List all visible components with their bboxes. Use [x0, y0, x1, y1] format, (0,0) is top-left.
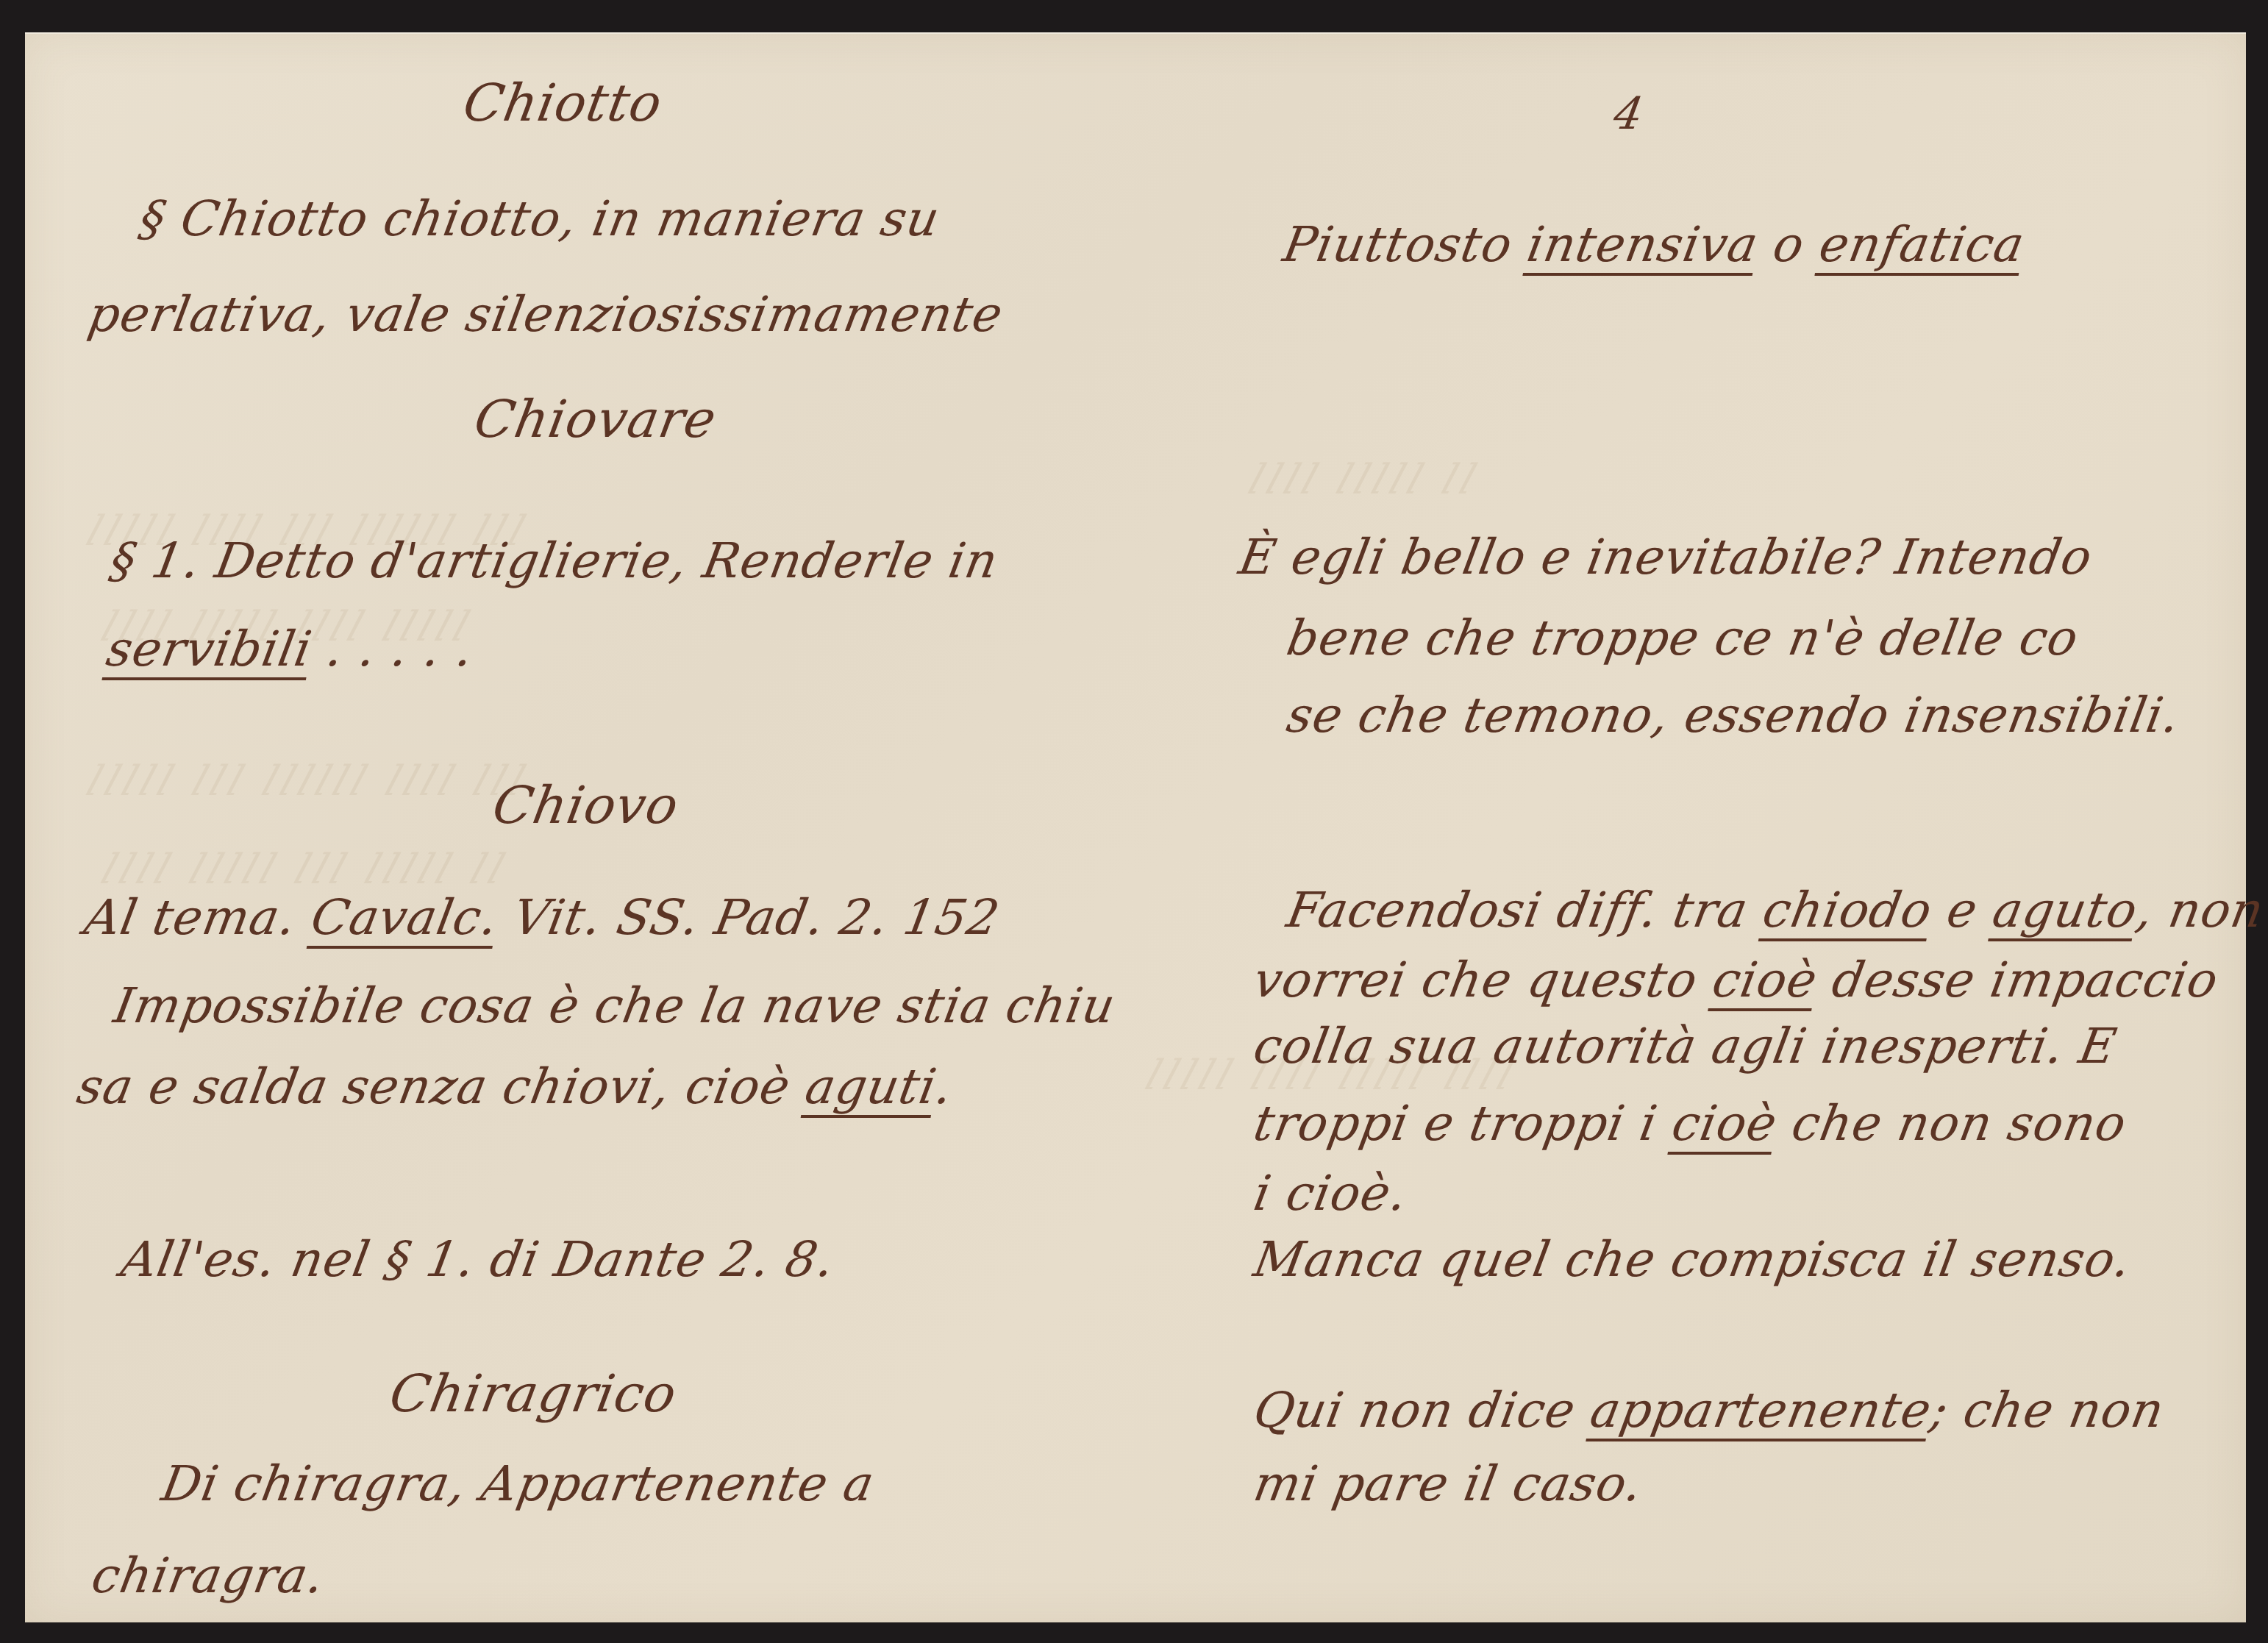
note-text-line: vorrei che questo cioè desse impaccio	[1250, 956, 2222, 1005]
entry-heading: Chiovo	[489, 780, 682, 831]
underlined-word: appartenente	[1586, 1382, 1936, 1439]
note-text-line: mi pare il caso.	[1250, 1460, 1646, 1508]
entry-text-line: perlativa, vale silenziosissimamente	[85, 291, 1007, 339]
entry-text-line: Al tema. Cavalc. Vit. SS. Pad. 2. 152	[81, 894, 1003, 942]
underlined-word: Cavalc.	[307, 889, 502, 946]
note-text-line: È egli bello e inevitabile? Intendo	[1235, 533, 2096, 582]
entry-text-line: § 1. Detto d'artiglierie, Renderle in	[107, 537, 1002, 585]
note-text-line: Facendosi diff. tra chiodo e aguto, non	[1283, 886, 2267, 935]
entry-text-line: chiragra.	[88, 1552, 328, 1600]
note-text-line: troppi e troppi i cioè che non sono	[1250, 1100, 2130, 1148]
underlined-word: enfatica	[1815, 216, 2029, 273]
underlined-word: aguti	[801, 1058, 941, 1115]
underlined-word: cioè	[1668, 1095, 1781, 1152]
entry-text-line: § Chiotto chiotto, in maniera su	[136, 195, 944, 243]
note-text-line: i cioè.	[1250, 1169, 1411, 1218]
entry-heading: Chiovare	[471, 393, 721, 445]
entry-text-line: servibili . . . . .	[103, 625, 477, 674]
note-text-line: Qui non dice appartenente; che non	[1250, 1386, 2168, 1435]
entry-text-line: All'es. nel § 1. di Dante 2. 8.	[118, 1236, 838, 1284]
underlined-word: cioè	[1708, 952, 1822, 1008]
entry-text-line: Impossibile cosa è che la nave stia chiu	[110, 982, 1119, 1030]
entry-text-line: Di chiragra, Appartenente a	[158, 1460, 878, 1508]
entry-text-line: sa e salda senza chiovi, cioè aguti.	[74, 1063, 957, 1111]
margin-note: Piuttosto intensiva o enfatica	[1280, 221, 2028, 269]
note-text-line: colla sua autorità agli inesperti. E	[1250, 1022, 2120, 1071]
underlined-word: intensiva	[1523, 216, 1763, 273]
note-text-line: se che temono, essendo insensibili.	[1283, 691, 2183, 740]
entry-heading: Chiragrico	[386, 1368, 681, 1419]
note-text-line: Manca quel che compisca il senso.	[1250, 1236, 2135, 1284]
note-text-line: bene che troppe ce n'è delle co	[1283, 614, 2082, 663]
underlined-word: servibili	[102, 621, 316, 677]
entry-heading: Chiotto	[460, 77, 666, 129]
underlined-word: aguto	[1989, 882, 2142, 938]
underlined-word: chiodo	[1758, 882, 1936, 938]
